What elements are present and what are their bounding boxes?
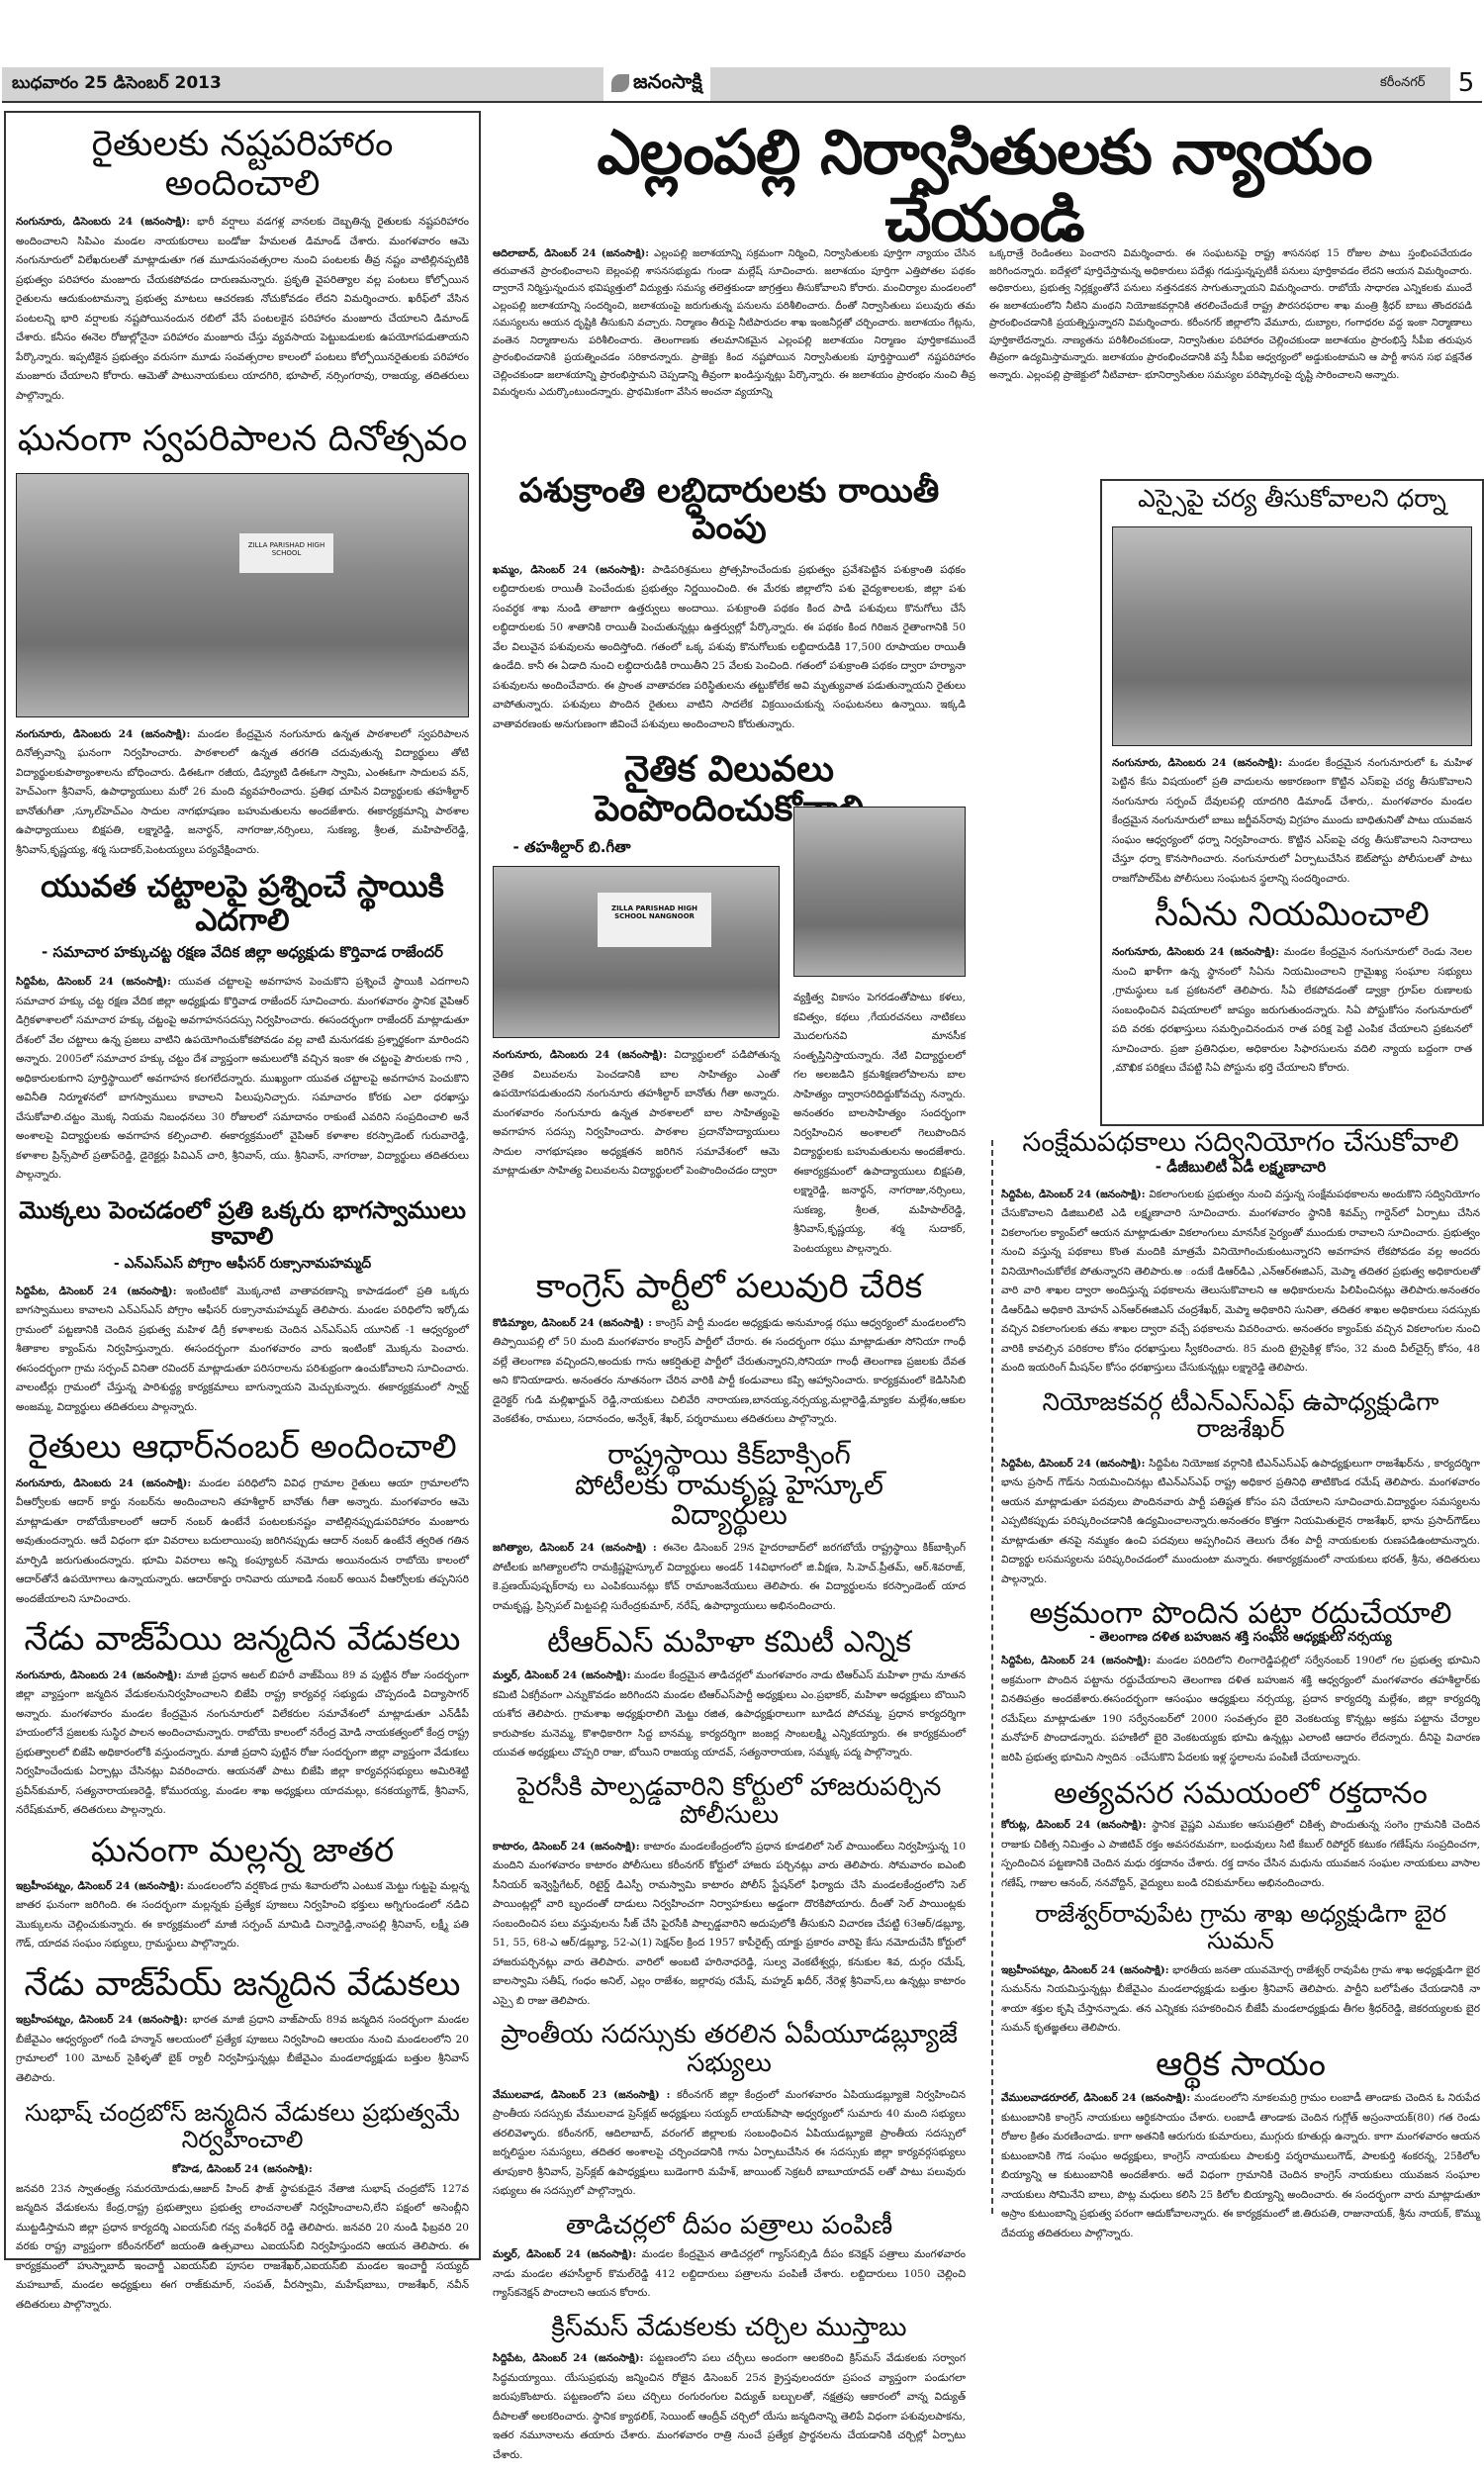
article-body: సిద్దిపేట, డిసెంబర్ 24 (జనంసాక్షి): మండల… <box>1001 1652 1480 1767</box>
photo-banner: ZILLA PARISHAD HIGH SCHOOL <box>239 533 333 573</box>
article-headline: ఎస్సైపై చర్య తీసుకోవాలని ధర్నా <box>1112 485 1472 513</box>
article-body: నంగునూరు, డిసెంబరు 24 (జనంసాక్షి): మండల … <box>1112 943 1472 1079</box>
left-column: రైతులకు నష్టపరిహారం అందించాలి నంగునూరు, … <box>4 111 481 2260</box>
article-body: సిద్దిపేట, డిసెంబర్ 24 (జనంసాక్షి): ఇంటి… <box>16 1283 469 1418</box>
article-headline: రాష్ట్రస్థాయి కిక్‌బాక్సింగ్ పోటీలకు రామ… <box>561 1440 897 1531</box>
article-headline: సీఏను నియమించాలి <box>1112 897 1472 933</box>
article-body: నంగునూరు, డిసెంబరు 24 (జనంసాక్షి): భారీ … <box>16 213 469 406</box>
article-headline: పశుక్రాంతి లబ్ధిదారులకు రాయితీ పెంపు <box>493 473 966 547</box>
masthead-logo: జనంసాక్షి <box>603 65 710 101</box>
article-body: సిద్దిపేట, డిసెంబర్ 24 (జనంసాక్షి): పట్ట… <box>493 2349 966 2465</box>
article-headline: క్రిస్‌మస్ వేడుకలకు చర్చిల ముస్తాబు <box>493 2314 966 2342</box>
article-headline: ఆర్థిక సాయం <box>1001 2046 1480 2083</box>
article-subhead: - డీజీబులిటీ ఏడీ లక్ష్మణాచారి <box>1001 1158 1480 1180</box>
article-dateline: కోహెడ, డిసెంబర్ 24 (జనంసాక్షి): <box>16 2160 469 2180</box>
article-headline: ఘనంగా స్వపరిపాలన దినోత్సవం <box>16 420 469 459</box>
article-body: వేములవాడరూరల్, డిసెంబర్ 24 (జనంసాక్షి): … <box>1001 2089 1480 2243</box>
article-body: ఇబ్రహీంపట్నం, డిసెంబర్ 24 (జనంసాక్షి): మ… <box>16 1877 469 1954</box>
article-headline: పైరసీకి పాల్పడ్డవారిని కోర్టులో హాజరుపర్… <box>493 1773 966 1830</box>
article-headline: నియోజకవర్గ టీఎన్‌ఎస్‌ఎఫ్ ఉపాధ్యక్షుడిగా … <box>1001 1388 1480 1443</box>
article-headline: టీఆర్‌ఎస్ మహిళా కమిటీ ఎన్నిక <box>493 1626 966 1659</box>
article-headline: మొక్కలు పెంచడంలో ప్రతి ఒక్కరు భాగస్వాముల… <box>16 1197 469 1250</box>
article-body: ఇబ్రహీంపట్నం, డిసెంబర్ 24 (జనంసాక్షి): భ… <box>1001 1961 1480 2039</box>
article-subhead: - తెలంగాణ దళిత బహుజన శక్తి సంఘం ఆధ్యక్షు… <box>1001 1630 1480 1648</box>
right-boxed-stories: ఎస్సైపై చర్య తీసుకోవాలని ధర్నా నంగునూరు,… <box>1100 479 1484 1126</box>
article-headline: అక్రమంగా పొందిన పట్టా రద్దుచేయాలి <box>1001 1597 1480 1630</box>
article-body: ఇబ్రహీంపట్నం, డిసెంబర్ 24 (జనంసాక్షి): భ… <box>16 2011 469 2088</box>
middle-column: పశుక్రాంతి లబ్ధిదారులకు రాయితీ పెంపు ఖమ్… <box>493 473 966 2465</box>
issue-date: బుధవారం 25 డిసెంబర్ 2013 <box>12 73 222 97</box>
article-headline: ప్రాంతీయ సదస్సుకు తరలిన ఏపీయూడబ్ల్యూజే స… <box>493 2021 966 2077</box>
article-body: ఖమ్మం, డిసెంబర్ 24 (జనంసాక్షి): పాడిపరిశ… <box>493 561 966 735</box>
page-number: 5 <box>1450 65 1482 101</box>
article-body: నంగునూరు, డిసెంబరు 24 (జనంసాక్షి): విద్య… <box>493 1046 780 1182</box>
school-event-photo: ZILLA PARISHAD HIGH SCHOOL NANGNOOR <box>493 866 780 1038</box>
article-headline: సుభాష్ చంద్రబోస్ జన్మదిన వేడుకలు ప్రభుత్… <box>16 2100 469 2152</box>
article-body: నంగునూరు, డిసెంబరు 24 (జనంసాక్షి): మాజీ … <box>16 1666 469 1821</box>
edition-city: కరీంనగర్ <box>1380 75 1426 93</box>
lead-article: ఆదిలాబాద్, డిసెంబర్ 24 (జనంసాక్షి): ఎల్ల… <box>493 245 1472 402</box>
article-body: నంగునూరు, డిసెంబరు 24 (జనంసాక్షి): మండల … <box>16 725 469 861</box>
article-body: నంగునూరు, డిసెంబరు 24 (జనంసాక్షి): మండల … <box>16 1475 469 1610</box>
article-headline: రైతులు ఆధార్‌నంబర్ అందించాలి <box>16 1429 469 1466</box>
article-subhead: - సమాచార హక్కుచట్ట రక్షణ వేదిక జిల్లా అధ… <box>16 943 469 965</box>
article-body: సిద్దిపేట, డిసెంబర్ 24 (జనంసాక్షి): సిద్… <box>1001 1455 1480 1590</box>
column-divider <box>991 1140 993 2214</box>
article-headline: కాంగ్రెస్ పార్టీలో పలువురి చేరిక <box>493 1269 966 1305</box>
article-headline: ఘనంగా మల్లన్న జాతర <box>16 1833 469 1869</box>
article-body: కోరుట్ల, డిసెంబర్ 24 (జనంసాక్షి): స్థాని… <box>1001 1816 1480 1893</box>
lead-body-col1: ఆదిలాబాద్, డిసెంబర్ 24 (జనంసాక్షి): ఎల్ల… <box>493 245 975 402</box>
article-body: సిద్దిపేట, డిసెంబర్ 24 (జనంసాక్షి): యువత… <box>16 973 469 1186</box>
photo-banner: ZILLA PARISHAD HIGH SCHOOL NANGNOOR <box>598 893 711 947</box>
article-body: సిద్దిపేట, డిసెంబర్ 24 (జనంసాక్షి): వికల… <box>1001 1186 1480 1379</box>
article-headline: రాజేశ్వర్‌రావుపేట గ్రామ శాఖ అధ్యక్షుడిగా… <box>1001 1901 1480 1953</box>
lead-body-col2: ఒక్కరాత్రే రెండింతలు పెంచారని విమర్శించా… <box>989 245 1472 402</box>
article-subhead: - తహశీల్దార్ బి.గీతా <box>493 838 651 860</box>
prize-distribution-photo <box>793 807 966 977</box>
article-body: మల్హర్, డిసెంబర్ 24 (జనంసాక్షి): మండల కే… <box>493 2245 966 2304</box>
article-body: కాటారం, డిసెంబర్ 24 (జనంసాక్షి): కాటారం … <box>493 1838 966 2012</box>
lead-headline: ఎల్లంపల్లి నిర్వాసితులకు న్యాయం చేయండి <box>490 119 1479 253</box>
leaf-map-icon <box>611 74 629 92</box>
page-header-bar <box>2 67 1482 103</box>
article-headline: యువత చట్టాలపై ప్రశ్నించే స్థాయికి ఎదగాలి <box>16 870 469 937</box>
right-column: సంక్షేమపథకాలు సద్వినియోగం చేసుకోవాలి - డ… <box>1001 1128 1480 2243</box>
article-body: మల్హర్, డిసెంబర్ 24 (జనంసాక్షి): మండల కే… <box>493 1666 966 1763</box>
article-headline: అత్యవసర సమయంలో రక్తదానం <box>1001 1777 1480 1810</box>
school-group-photo: ZILLA PARISHAD HIGH SCHOOL <box>16 473 469 717</box>
article-headline: నేడు వాజ్‌పేయి జన్మదిన వేడుకలు <box>16 1621 469 1658</box>
article-headline: రైతులకు నష్టపరిహారం అందించాలి <box>16 125 469 203</box>
article-body: జగిత్యాల, డిసెంబర్ 24 (జనంసాక్షి) : ఈనెల… <box>493 1539 966 1616</box>
article-body: నంగునూరు, డిసెంబరు 24 (జనంసాక్షి): మండల … <box>1112 754 1472 890</box>
article-body-continued: వ్యక్తిత్వ వికాసం పెగరడంతోపాటు కళలు, కవి… <box>793 989 966 1259</box>
article-body: కొడిమ్యాల, డిసెంబర్ 24 (జనంసాక్షి) : కాం… <box>493 1314 966 1430</box>
article-body: వేములవాడ, డిసెంబర్ 23 (జనంసాక్షి) : కరీం… <box>493 2086 966 2202</box>
article-subhead: - ఎన్‌ఎస్‌ఎస్ పోగ్రాం ఆఫీసర్ రుక్సానామహమ… <box>16 1256 469 1275</box>
dharna-protest-photo <box>1112 526 1472 746</box>
article-body: జనవరి 23న స్వాతంత్ర్య సమరయోదుడు,ఆజాద్ హి… <box>16 2180 469 2316</box>
article-headline: నేడు వాజ్‌పేయ్ జన్మదిన వేడుకలు <box>16 1966 469 2003</box>
article-headline: సంక్షేమపథకాలు సద్వినియోగం చేసుకోవాలి <box>1001 1128 1480 1158</box>
paper-name: జనంసాక్షి <box>633 69 702 98</box>
article-headline: తాడిచర్లలో దీపం పత్రాలు పంపిణీ <box>493 2212 966 2240</box>
